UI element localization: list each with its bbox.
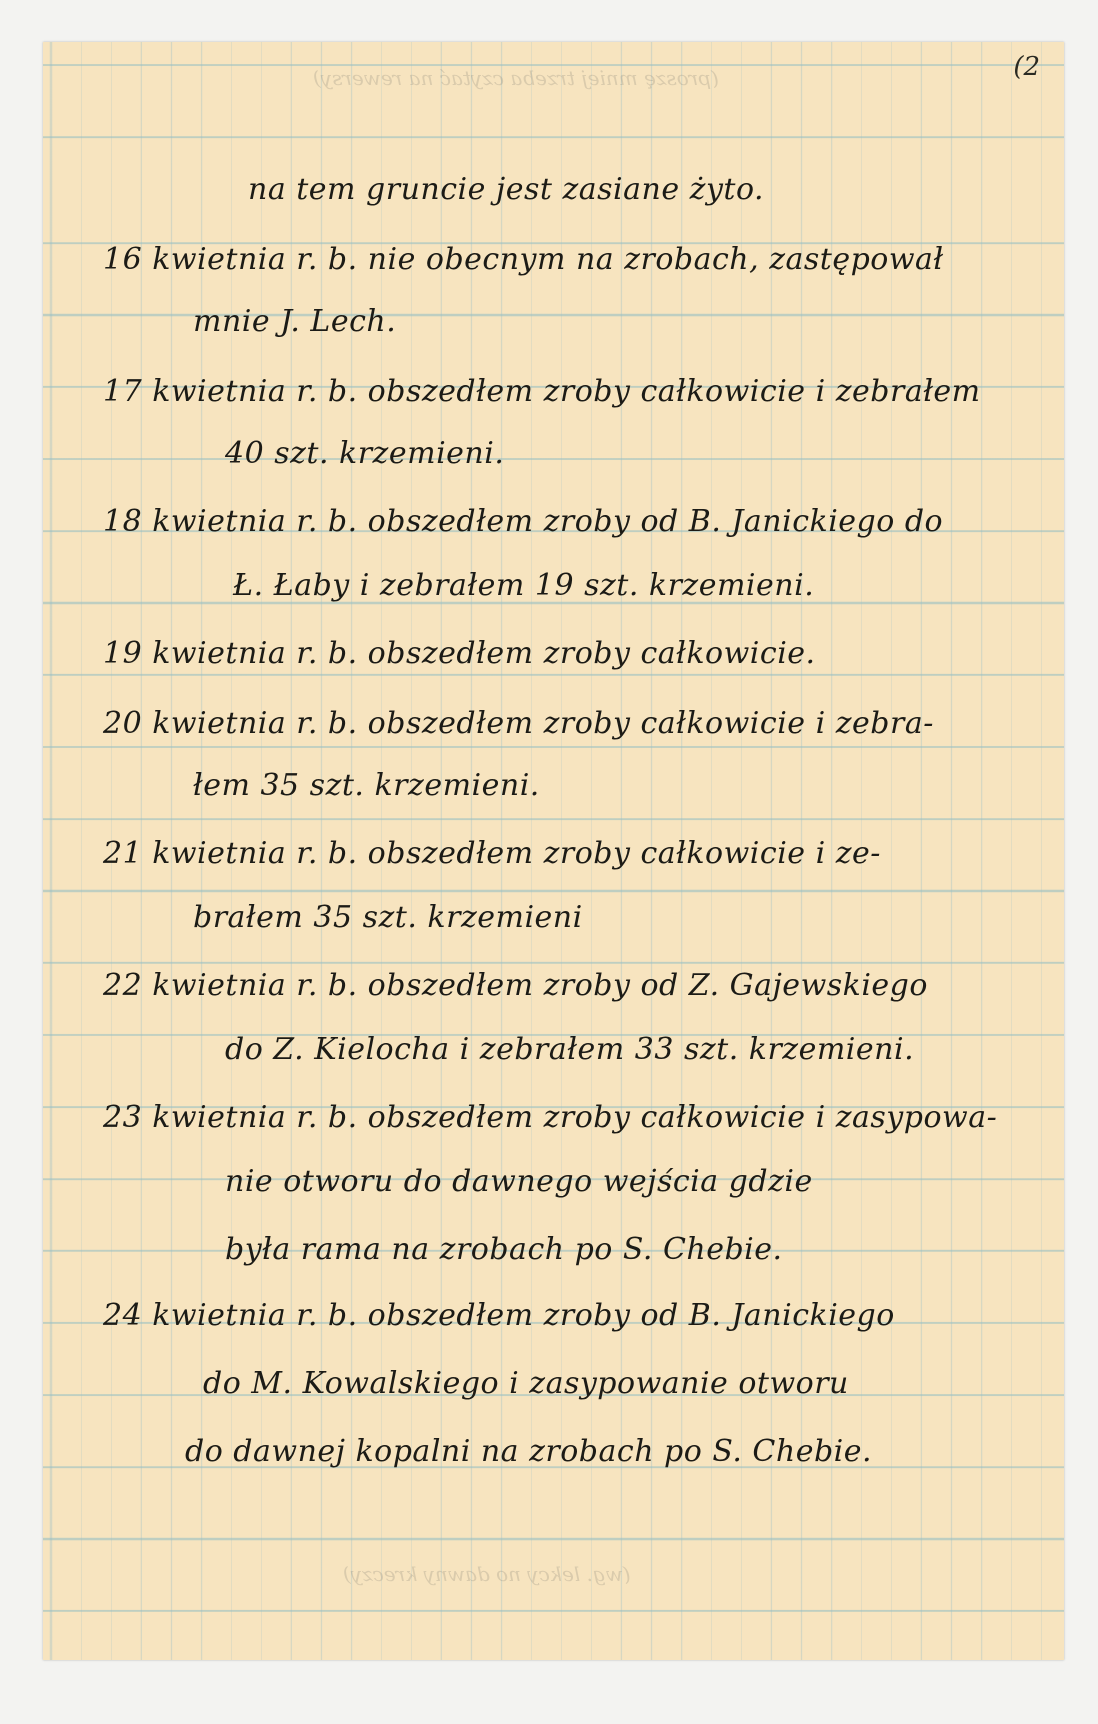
page-number: (2 [1013, 52, 1040, 82]
text-line: brałem 35 szt. krzemieni [183, 900, 583, 935]
text-line: do dawnej kopalni na zrobach po S. Chebi… [175, 1434, 872, 1469]
bleed-through-note-top: (proszę mniej trzeba czytać na rewersy) [313, 66, 719, 90]
text-line: 22kwietnia r. b. obszedłem zroby od Z. G… [103, 968, 928, 1003]
text-line: na tem gruncie jest zasiane żyto. [238, 172, 764, 207]
bleed-through-note-bottom: (wg. lekcy no dawny kreczy) [343, 1562, 631, 1586]
text-line: 16kwietnia r. b. nie obecnym na zrobach,… [103, 242, 944, 277]
handwritten-page: (proszę mniej trzeba czytać na rewersy) … [43, 42, 1064, 1660]
text-line: 21kwietnia r. b. obszedłem zroby całkowi… [103, 836, 881, 871]
text-line: mnie J. Lech. [183, 304, 396, 339]
text-line: Ł. Łaby i zebrałem 19 szt. krzemieni. [223, 568, 814, 603]
text-line: nie otworu do dawnego wejścia gdzie [215, 1164, 813, 1199]
text-line: łem 35 szt. krzemieni. [183, 768, 540, 803]
text-line: 17kwietnia r. b. obszedłem zroby całkowi… [103, 374, 981, 409]
text-line: 23kwietnia r. b. obszedłem zroby całkowi… [103, 1100, 997, 1135]
text-line: 19kwietnia r. b. obszedłem zroby całkowi… [103, 636, 816, 671]
text-line: 24kwietnia r. b. obszedłem zroby od B. J… [103, 1298, 895, 1333]
text-line: do Z. Kielocha i zebrałem 33 szt. krzemi… [215, 1032, 914, 1067]
text-line: 40 szt. krzemieni. [215, 436, 504, 471]
text-line: 20kwietnia r. b. obszedłem zroby całkowi… [103, 706, 934, 741]
text-line: 18kwietnia r. b. obszedłem zroby od B. J… [103, 504, 943, 539]
text-line: do M. Kowalskiego i zasypowanie otworu [193, 1366, 849, 1401]
text-line: była rama na zrobach po S. Chebie. [215, 1232, 783, 1267]
